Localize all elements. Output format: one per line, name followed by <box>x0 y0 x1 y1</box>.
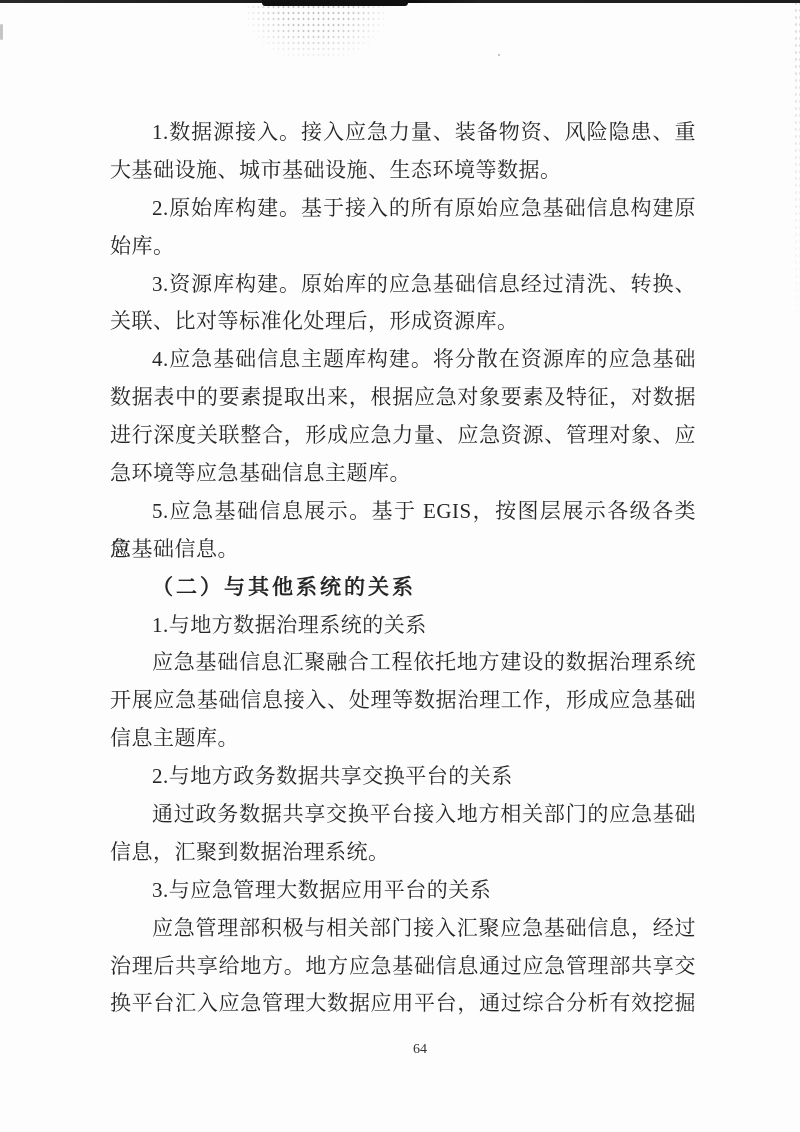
subsection-title: 3.与应急管理大数据应用平台的关系 <box>110 872 696 910</box>
text-line: 通过政务数据共享交换平台接入地方相关部门的应急基础 <box>110 796 696 834</box>
document-page: 1.数据源接入。接入应急力量、装备物资、风险隐患、重 大基础设施、城市基础设施、… <box>0 0 800 1132</box>
text-line: 4.应急基础信息主题库构建。将分散在资源库的应急基础 <box>110 341 696 379</box>
text-line: 关联、比对等标准化处理后，形成资源库。 <box>110 303 696 341</box>
text-line: 始库。 <box>110 228 696 266</box>
scan-artifact-left-edge <box>0 24 3 40</box>
subsection-title: 2.与地方政务数据共享交换平台的关系 <box>110 758 696 796</box>
text-line: 开展应急基础信息接入、处理等数据治理工作，形成应急基础 <box>110 682 696 720</box>
text-line: 数据表中的要素提取出来，根据应急对象要素及特征，对数据 <box>110 379 696 417</box>
scan-artifact-speckle-cloud <box>246 4 386 58</box>
text-line: 急基础信息。 <box>110 531 696 569</box>
scan-artifact-right-edge <box>794 0 800 360</box>
text-line: 急环境等应急基础信息主题库。 <box>110 455 696 493</box>
text-line: 信息，汇聚到数据治理系统。 <box>110 834 696 872</box>
text-line: 治理后共享给地方。地方应急基础信息通过应急管理部共享交 <box>110 948 696 986</box>
text-line: 3.资源库构建。原始库的应急基础信息经过清洗、转换、 <box>110 266 696 304</box>
text-line: 5.应急基础信息展示。基于 EGIS，按图层展示各级各类应 <box>110 493 696 531</box>
section-heading: （二）与其他系统的关系 <box>110 569 696 607</box>
text-line: 大基础设施、城市基础设施、生态环境等数据。 <box>110 152 696 190</box>
subsection-title: 1.与地方数据治理系统的关系 <box>110 607 696 645</box>
scan-artifact-speck <box>498 54 500 56</box>
text-line: 换平台汇入应急管理大数据应用平台，通过综合分析有效挖掘 <box>110 985 696 1023</box>
text-line: 2.原始库构建。基于接入的所有原始应急基础信息构建原 <box>110 190 696 228</box>
text-line: 应急管理部积极与相关部门接入汇聚应急基础信息，经过 <box>110 910 696 948</box>
body-text: 1.数据源接入。接入应急力量、装备物资、风险隐患、重 大基础设施、城市基础设施、… <box>110 114 696 1023</box>
page-number: 64 <box>110 1042 730 1058</box>
text-line: 信息主题库。 <box>110 720 696 758</box>
text-line: 应急基础信息汇聚融合工程依托地方建设的数据治理系统 <box>110 644 696 682</box>
text-line: 1.数据源接入。接入应急力量、装备物资、风险隐患、重 <box>110 114 696 152</box>
text-line: 进行深度关联整合，形成应急力量、应急资源、管理对象、应 <box>110 417 696 455</box>
